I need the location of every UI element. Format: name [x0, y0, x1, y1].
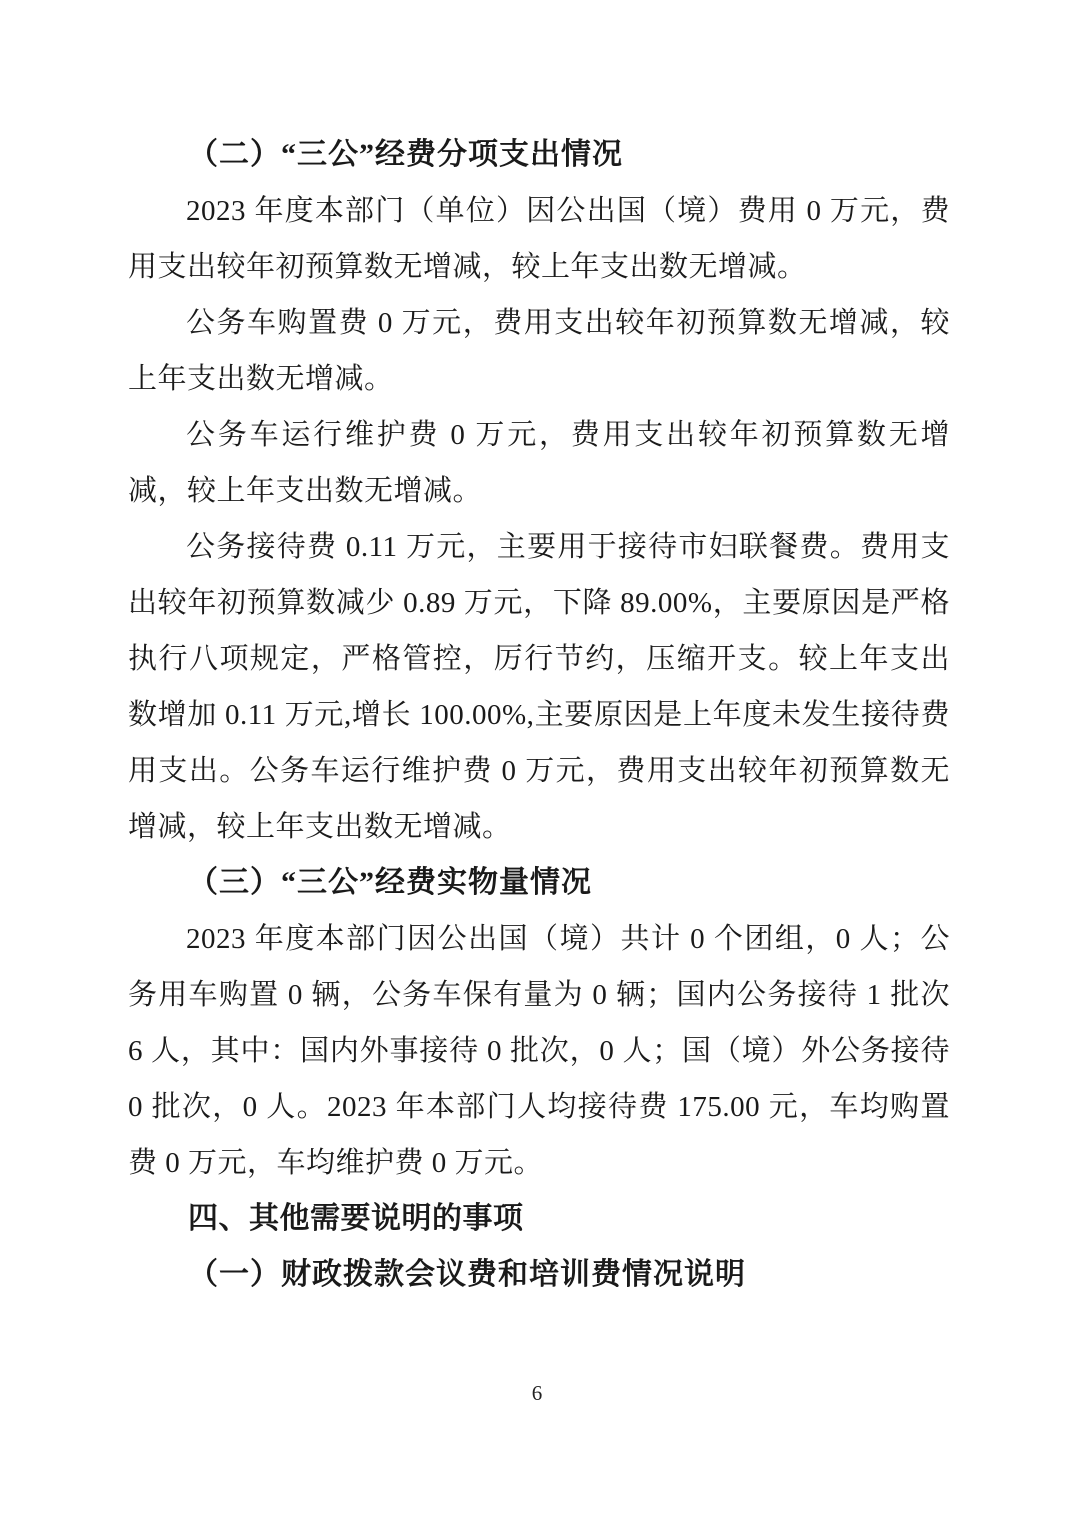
- document-page: （二）“三公”经费分项支出情况2023 年度本部门（单位）因公出国（境）费用 0…: [0, 0, 1074, 1520]
- section-heading-1: （一）财政拨款会议费和培训费情况说明: [128, 1247, 950, 1303]
- para-vehicle-maintenance: 公务车运行维护费 0 万元，费用支出较年初预算数无增减，较上年支出数无增减。: [128, 407, 950, 519]
- page-number: 6: [0, 1380, 1074, 1406]
- chapter-heading-4: 四、其他需要说明的事项: [128, 1191, 950, 1247]
- para-abroad-expense: 2023 年度本部门（单位）因公出国（境）费用 0 万元，费用支出较年初预算数无…: [128, 183, 950, 295]
- para-physical-quantity: 2023 年度本部门因公出国（境）共计 0 个团组，0 人；公务用车购置 0 辆…: [128, 911, 950, 1191]
- section-heading-3: （三）“三公”经费实物量情况: [128, 855, 950, 911]
- para-official-reception: 公务接待费 0.11 万元，主要用于接待市妇联餐费。费用支出较年初预算数减少 0…: [128, 519, 950, 855]
- document-body: （二）“三公”经费分项支出情况2023 年度本部门（单位）因公出国（境）费用 0…: [128, 127, 950, 1303]
- section-heading-2: （二）“三公”经费分项支出情况: [128, 127, 950, 183]
- para-vehicle-purchase: 公务车购置费 0 万元，费用支出较年初预算数无增减，较上年支出数无增减。: [128, 295, 950, 407]
